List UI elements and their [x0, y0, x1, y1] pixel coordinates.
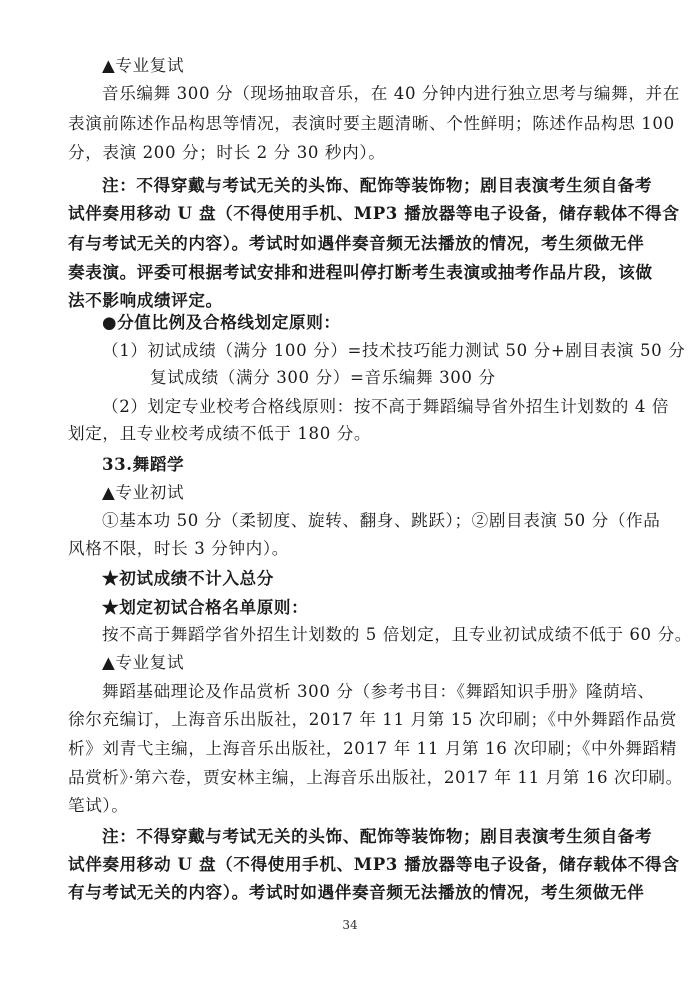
text-line: ★初试成绩不计入总分 — [102, 568, 634, 588]
text-line: 笔试）。 — [68, 796, 634, 816]
text-line: ①基本功 50 分（柔韧度、旋转、翻身、跳跃）；②剧目表演 50 分（作品 — [102, 511, 634, 531]
text-line: ●分值比例及合格线划定原则： — [102, 312, 634, 332]
text-line: 奏表演。评委可根据考试安排和进程叫停打断考生表演或抽考作品片段，该做 — [68, 262, 634, 282]
text-line: 舞蹈基础理论及作品赏析 300 分（参考书目：《舞蹈知识手册》隆荫培、 — [102, 682, 634, 702]
page-number: 34 — [0, 918, 700, 932]
text-line: 法不影响成绩评定。 — [68, 290, 634, 310]
text-line: 有与考试无关的内容）。考试时如遇伴奏音频无法播放的情况，考生须做无伴 — [68, 233, 634, 253]
text-line: ▲专业复试 — [102, 653, 634, 673]
text-line: 品赏析》·第六卷，贾安林主编，上海音乐出版社，2017 年 11 月第 16 次… — [68, 768, 634, 788]
text-line: ▲专业复试 — [102, 56, 634, 76]
text-line: 分，表演 200 分；时长 2 分 30 秒内）。 — [68, 143, 634, 163]
text-line: 表演前陈述作品构思等情况，表演时要主题清晰、个性鲜明；陈述作品构思 100 — [68, 114, 634, 134]
text-line: 划定，且专业校考成绩不低于 180 分。 — [68, 424, 634, 444]
text-line: 音乐编舞 300 分（现场抽取音乐，在 40 分钟内进行独立思考与编舞，并在 — [102, 84, 634, 104]
text-line: 风格不限，时长 3 分钟内）。 — [68, 539, 634, 559]
text-line: 按不高于舞蹈学省外招生计划数的 5 倍划定，且专业初试成绩不低于 60 分。 — [102, 625, 634, 645]
text-line: 有与考试无关的内容）。考试时如遇伴奏音频无法播放的情况，考生须做无伴 — [68, 882, 634, 902]
text-line: 试伴奏用移动 U 盘（不得使用手机、MP3 播放器等电子设备，储存载体不得含 — [68, 203, 634, 223]
text-line: 33.舞蹈学 — [102, 454, 634, 474]
text-line: 注：不得穿戴与考试无关的头饰、配饰等装饰物；剧目表演考生须自备考 — [102, 175, 634, 195]
text-line: ▲专业初试 — [102, 483, 634, 503]
text-line: （1）初试成绩（满分 100 分）=技术技巧能力测试 50 分+剧目表演 50 … — [102, 341, 634, 361]
text-line: 试伴奏用移动 U 盘（不得使用手机、MP3 播放器等电子设备，储存载体不得含 — [68, 854, 634, 874]
text-line: ★划定初试合格名单原则： — [102, 597, 634, 617]
document-page: ▲专业复试音乐编舞 300 分（现场抽取音乐，在 40 分钟内进行独立思考与编舞… — [0, 0, 700, 990]
text-line: 复试成绩（满分 300 分）=音乐编舞 300 分 — [150, 368, 634, 388]
text-line: 析》刘青弋主编，上海音乐出版社，2017 年 11 月第 16 次印刷；《中外舞… — [68, 739, 634, 759]
text-line: （2）划定专业校考合格线原则：按不高于舞蹈编导省外招生计划数的 4 倍 — [102, 397, 634, 417]
text-line: 徐尔充编订，上海音乐出版社，2017 年 11 月第 15 次印刷；《中外舞蹈作… — [68, 710, 634, 730]
text-line: 注：不得穿戴与考试无关的头饰、配饰等装饰物；剧目表演考生须自备考 — [102, 826, 634, 846]
